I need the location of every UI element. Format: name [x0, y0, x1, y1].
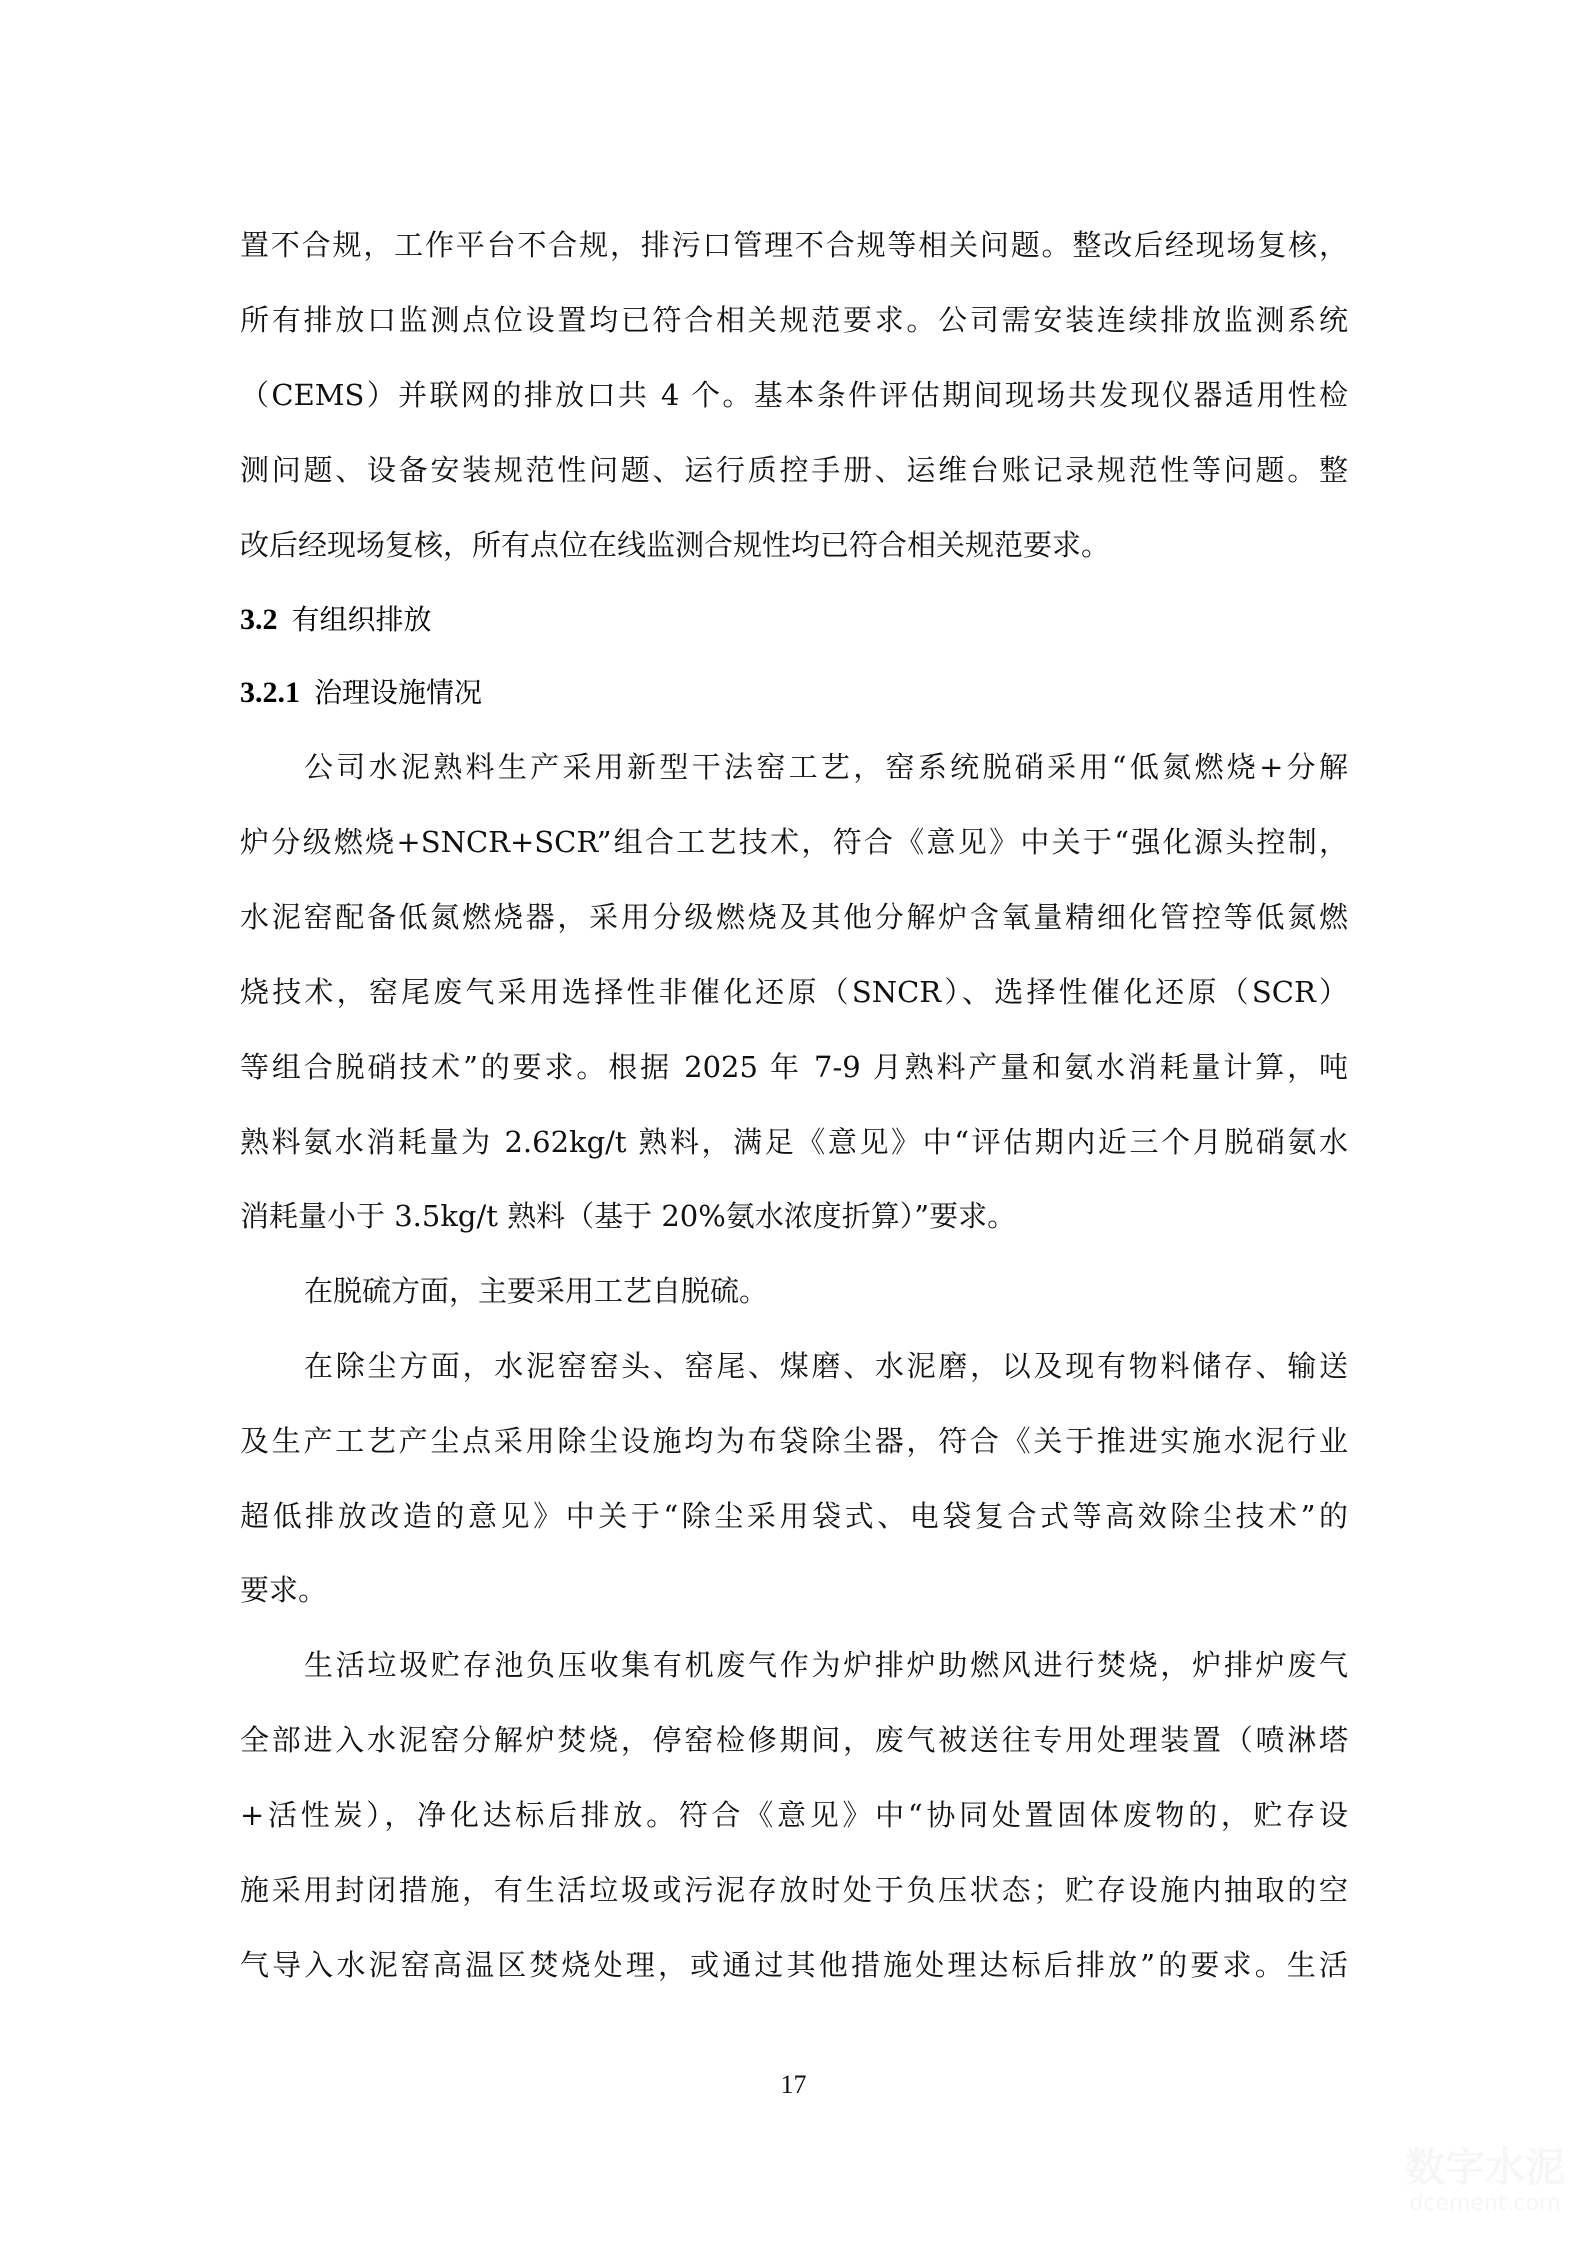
document-page: 置不合规，工作平台不合规，排污口管理不合规等相关问题。整改后经现场复核，所有排放…: [0, 0, 1587, 2245]
body-text-line: 烧技术，窑尾废气采用选择性非催化还原（SNCR）、选择性催化还原（SCR）: [240, 972, 1348, 1012]
section-number: 3.2.1: [240, 676, 300, 709]
page-number: 17: [0, 2070, 1587, 2100]
body-text-line: 所有排放口监测点位设置均已符合相关规范要求。公司需安装连续排放监测系统: [240, 300, 1348, 340]
body-text-line: 超低排放改造的意见》中关于“除尘采用袋式、电袋复合式等高效除尘技术”的: [240, 1496, 1348, 1536]
section-heading: 3.2有组织排放: [240, 600, 432, 640]
body-text-line: 要求。: [240, 1570, 1348, 1610]
body-text-line: 全部进入水泥窑分解炉焚烧，停窑检修期间，废气被送往专用处理装置（喷淋塔: [240, 1720, 1348, 1760]
watermark: 数字水泥dcement.com: [1390, 2145, 1580, 2217]
body-text-line: 施采用封闭措施，有生活垃圾或污泥存放时处于负压状态；贮存设施内抽取的空: [240, 1870, 1348, 1910]
body-text-line: 置不合规，工作平台不合规，排污口管理不合规等相关问题。整改后经现场复核，: [240, 225, 1348, 265]
body-text-line: 炉分级燃烧+SNCR+SCR”组合工艺技术，符合《意见》中关于“强化源头控制，: [240, 822, 1348, 862]
watermark-name: 数字水泥: [1390, 2145, 1580, 2191]
section-number: 3.2: [240, 603, 278, 636]
body-text-line: 测问题、设备安装规范性问题、运行质控手册、运维台账记录规范性等问题。整: [240, 450, 1348, 490]
body-text-line: 生活垃圾贮存池负压收集有机废气作为炉排炉助燃风进行焚烧，炉排炉废气: [304, 1645, 1348, 1685]
body-text-line: （CEMS）并联网的排放口共 4 个。基本条件评估期间现场共发现仪器适用性检: [240, 375, 1348, 415]
body-text-line: 等组合脱硝技术”的要求。根据 2025 年 7-9 月熟料产量和氨水消耗量计算，…: [240, 1047, 1348, 1087]
section-title: 有组织排放: [292, 603, 432, 636]
section-title: 治理设施情况: [314, 676, 482, 709]
body-text-line: 改后经现场复核，所有点位在线监测合规性均已符合相关规范要求。: [240, 525, 1348, 565]
body-text-line: 在脱硫方面，主要采用工艺自脱硫。: [304, 1271, 1348, 1311]
body-text-line: 熟料氨水消耗量为 2.62kg/t 熟料，满足《意见》中“评估期内近三个月脱硝氨…: [240, 1122, 1348, 1162]
body-text-line: 消耗量小于 3.5kg/t 熟料（基于 20%氨水浓度折算）”要求。: [240, 1196, 1348, 1236]
watermark-site: dcement.com: [1390, 2191, 1580, 2217]
body-text-line: 水泥窑配备低氮燃烧器，采用分级燃烧及其他分解炉含氧量精细化管控等低氮燃: [240, 897, 1348, 937]
section-heading: 3.2.1治理设施情况: [240, 673, 482, 713]
body-text-line: 在除尘方面，水泥窑窑头、窑尾、煤磨、水泥磨，以及现有物料储存、输送: [304, 1346, 1348, 1386]
body-text-line: 气导入水泥窑高温区焚烧处理，或通过其他措施处理达标后排放”的要求。生活: [240, 1945, 1348, 1985]
body-text-line: 公司水泥熟料生产采用新型干法窑工艺，窑系统脱硝采用“低氮燃烧+分解: [304, 747, 1348, 787]
body-text-line: 及生产工艺产尘点采用除尘设施均为布袋除尘器，符合《关于推进实施水泥行业: [240, 1421, 1348, 1461]
body-text-line: +活性炭），净化达标后排放。符合《意见》中“协同处置固体废物的，贮存设: [240, 1795, 1348, 1835]
